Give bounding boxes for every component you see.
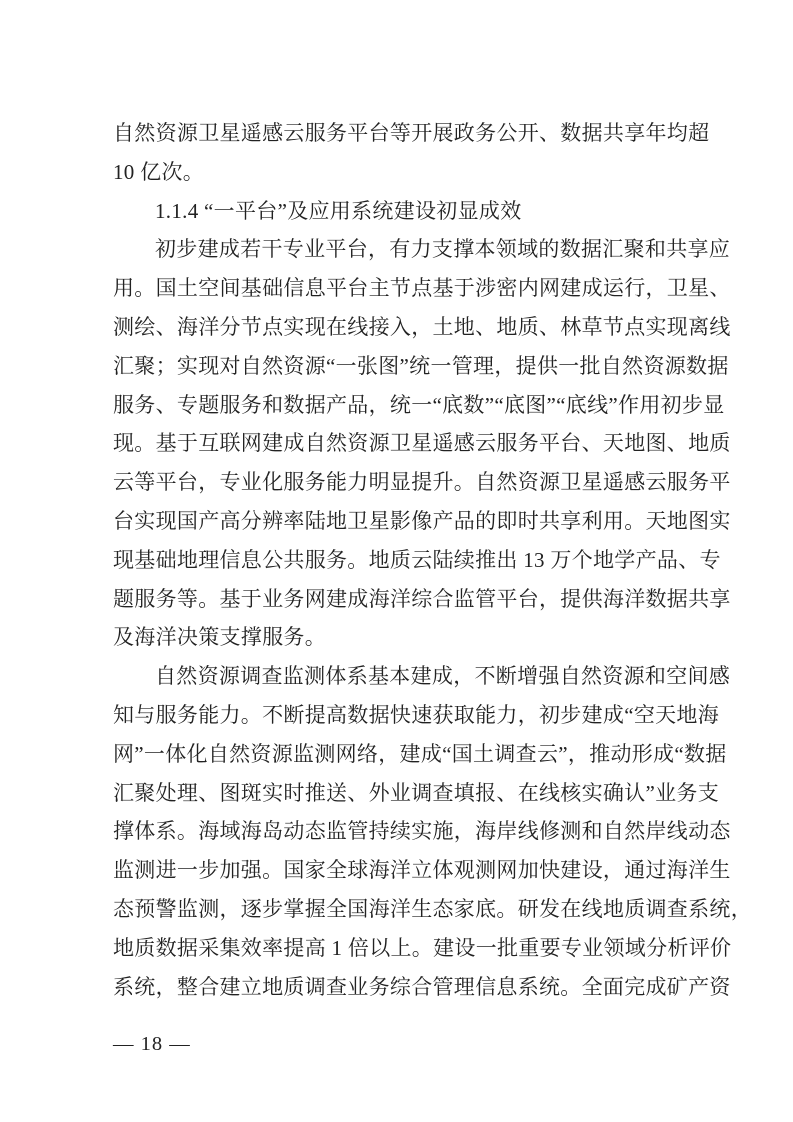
text-line: 1.1.4 “一平台”及应用系统建设初显成效 [113,192,685,231]
text-line: 自然资源卫星遥感云服务平台等开展政务公开、数据共享年均超 [113,114,685,153]
text-line: 10 亿次。 [113,153,685,192]
page-number: — 18 — [113,1029,191,1059]
section-heading: 1.1.4 “一平台”及应用系统建设初显成效 [113,192,685,231]
page-body-text: 自然资源卫星遥感云服务平台等开展政务公开、数据共享年均超10 亿次。1.1.4 … [113,114,685,1006]
text-line: 知与服务能力。不断提高数据快速获取能力，初步建成“空天地海 [113,696,685,735]
text-line: 服务、专题服务和数据产品，统一“底数”“底图”“底线”作用初步显 [113,386,685,425]
text-line: 撑体系。海域海岛动态监管持续实施，海岸线修测和自然岸线动态 [113,812,685,851]
text-line: 态预警监测，逐步掌握全国海洋生态家底。研发在线地质调查系统， [113,890,685,929]
text-line: 监测进一步加强。国家全球海洋立体观测网加快建设，通过海洋生 [113,851,685,890]
paragraph: 初步建成若干专业平台，有力支撑本领域的数据汇聚和共享应用。国土空间基础信息平台主… [113,230,685,657]
text-line: 用。国土空间基础信息平台主节点基于涉密内网建成运行，卫星、 [113,269,685,308]
text-line: 测绘、海洋分节点实现在线接入，土地、地质、林草节点实现离线 [113,308,685,347]
text-line: 地质数据采集效率提高 1 倍以上。建设一批重要专业领域分析评价 [113,929,685,968]
text-line: 网”一体化自然资源监测网络，建成“国土调查云”，推动形成“数据 [113,735,685,774]
text-line: 现基础地理信息公共服务。地质云陆续推出 13 万个地学产品、专 [113,541,685,580]
text-line: 云等平台，专业化服务能力明显提升。自然资源卫星遥感云服务平 [113,463,685,502]
document-page: 自然资源卫星遥感云服务平台等开展政务公开、数据共享年均超10 亿次。1.1.4 … [0,0,793,1122]
text-line: 系统，整合建立地质调查业务综合管理信息系统。全面完成矿产资 [113,968,685,1007]
text-line: 汇聚；实现对自然资源“一张图”统一管理，提供一批自然资源数据 [113,347,685,386]
text-line: 自然资源调查监测体系基本建成，不断增强自然资源和空间感 [113,657,685,696]
text-line: 汇聚处理、图斑实时推送、外业调查填报、在线核实确认”业务支 [113,774,685,813]
text-line: 及海洋决策支撑服务。 [113,618,685,657]
text-line: 台实现国产高分辨率陆地卫星影像产品的即时共享利用。天地图实 [113,502,685,541]
text-line: 现。基于互联网建成自然资源卫星遥感云服务平台、天地图、地质 [113,424,685,463]
text-line: 题服务等。基于业务网建成海洋综合监管平台，提供海洋数据共享 [113,580,685,619]
text-line: 初步建成若干专业平台，有力支撑本领域的数据汇聚和共享应 [113,230,685,269]
paragraph: 自然资源调查监测体系基本建成，不断增强自然资源和空间感知与服务能力。不断提高数据… [113,657,685,1006]
paragraph: 自然资源卫星遥感云服务平台等开展政务公开、数据共享年均超10 亿次。 [113,114,685,192]
